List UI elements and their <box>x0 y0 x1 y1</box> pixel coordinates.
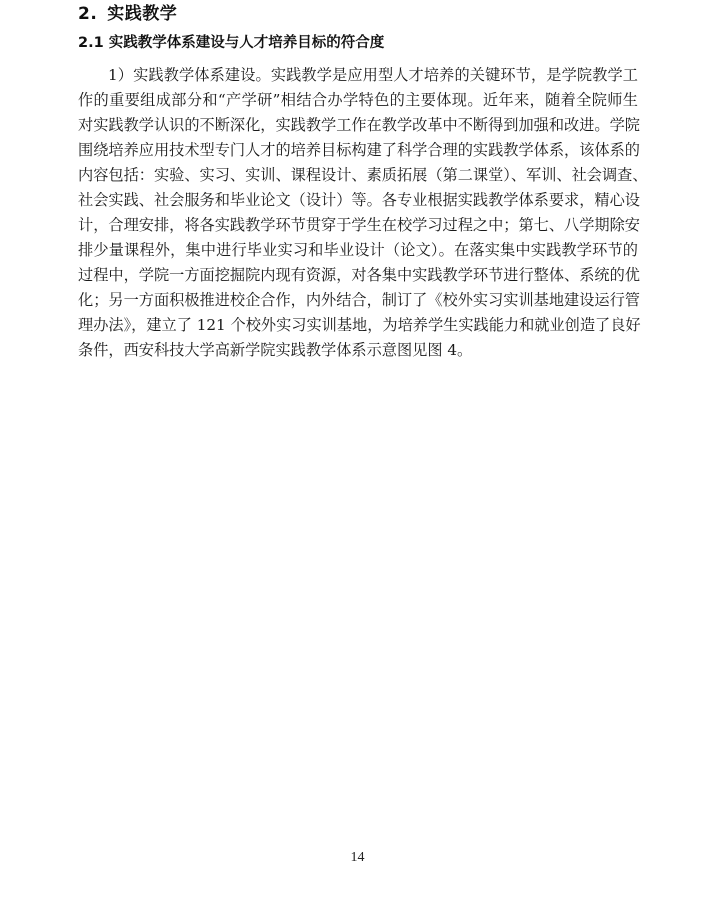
paragraph-line: 社会实践、社会服务和毕业论文（设计）等。各专业根据实践教学体系要求，精心设 <box>78 188 638 213</box>
section-heading: 2.实践教学 <box>78 3 177 25</box>
paragraph-line: 作的重要组成部分和“产学研”相结合办学特色的主要体现。近年来，随着全院师生 <box>78 88 638 113</box>
body-paragraph: 1）实践教学体系建设。实践教学是应用型人才培养的关键环节，是学院教学工 作的重要… <box>78 63 638 363</box>
paragraph-line: 1）实践教学体系建设。实践教学是应用型人才培养的关键环节，是学院教学工 <box>78 63 638 88</box>
paragraph-line: 排少量课程外，集中进行毕业实习和毕业设计（论文）。在落实集中实践教学环节的 <box>78 238 638 263</box>
paragraph-line: 化；另一方面积极推进校企合作，内外结合，制订了《校外实习实训基地建设运行管 <box>78 288 638 313</box>
paragraph-line: 内容包括：实验、实习、实训、课程设计、素质拓展（第二课堂）、军训、社会调查、 <box>78 163 638 188</box>
page-number: 14 <box>0 849 715 867</box>
subsection-heading: 2.1 实践教学体系建设与人才培养目标的符合度 <box>78 33 384 53</box>
paragraph-line: 围绕培养应用技术型专门人才的培养目标构建了科学合理的实践教学体系，该体系的 <box>78 138 638 163</box>
paragraph-line: 理办法》，建立了 121 个校外实习实训基地，为培养学生实践能力和就业创造了良好 <box>78 313 638 338</box>
paragraph-line: 条件，西安科技大学高新学院实践教学体系示意图见图 4。 <box>78 338 638 363</box>
paragraph-line: 对实践教学认识的不断深化，实践教学工作在教学改革中不断得到加强和改进。学院 <box>78 113 638 138</box>
paragraph-line: 计，合理安排，将各实践教学环节贯穿于学生在校学习过程之中；第七、八学期除安 <box>78 213 638 238</box>
paragraph-line: 过程中，学院一方面挖掘院内现有资源，对各集中实践教学环节进行整体、系统的优 <box>78 263 638 288</box>
section-title: 实践教学 <box>107 4 177 24</box>
section-number: 2. <box>78 4 97 24</box>
document-page: 2.实践教学 2.1 实践教学体系建设与人才培养目标的符合度 1）实践教学体系建… <box>0 0 715 900</box>
